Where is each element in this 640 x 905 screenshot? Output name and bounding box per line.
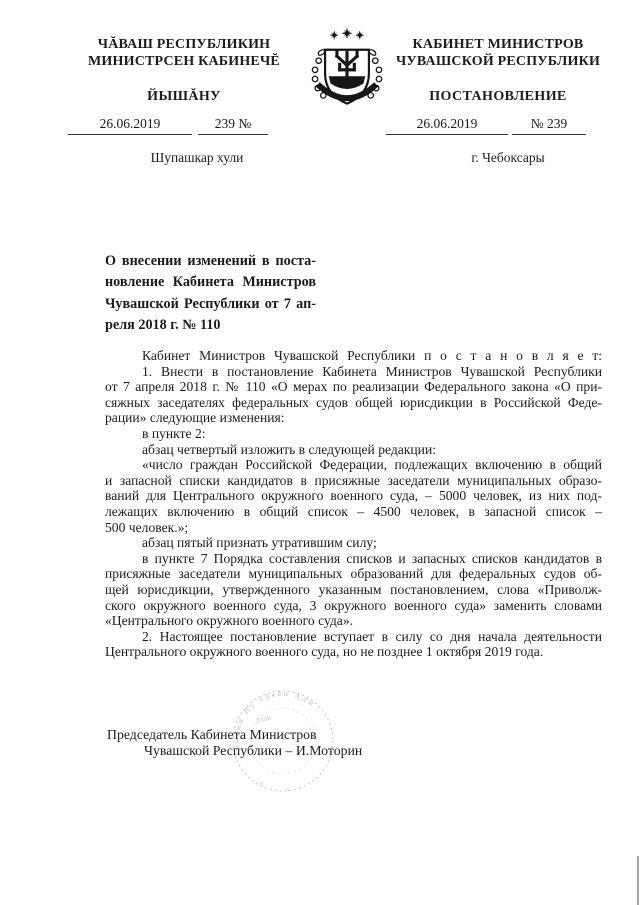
body-line: «число граждан Российской Федерации, под… <box>105 457 602 473</box>
doc-type-chuvash: ЙЫШĂНУ <box>60 89 308 105</box>
place-chuvash: Шупашкар хули <box>121 150 273 166</box>
number-field-chuvash: 239 № <box>198 116 268 135</box>
title-line: реля 2018 г. № 110 <box>105 315 316 336</box>
body-line: 500 человек.»; <box>105 520 602 536</box>
body-line: 1. Внести в постановление Кабинета Минис… <box>105 364 602 380</box>
date-field-russian: 26.06.2019 <box>386 116 508 135</box>
body-line: сяжных заседателях федеральных судов общ… <box>105 395 602 411</box>
body-line: от 7 апреля 2018 г. № 110 «О мерах по ре… <box>105 379 602 395</box>
body-line: в пункте 2: <box>105 426 602 442</box>
signature-line1: Председатель Кабинета Министров <box>107 727 362 743</box>
title-line: Чувашской Республики от 7 ап- <box>105 294 316 315</box>
title-line: О внесении изменений в поста- <box>105 251 316 272</box>
number-field-russian: № 239 <box>512 116 586 135</box>
org-name-chuvash-line1: ЧĂВАШ РЕСПУБЛИКИН <box>60 37 308 54</box>
org-name-russian: КАБИНЕТ МИНИСТРОВ ЧУВАШСКОЙ РЕСПУБЛИКИ <box>384 37 612 70</box>
document-title: О внесении изменений в поста-новление Ка… <box>105 251 316 336</box>
body-line: ваний для Центрального окружного военног… <box>105 488 602 504</box>
stamp-inner-text: Глав <box>255 713 272 725</box>
body-line: и запасной списки кандидатов в присяжные… <box>105 473 602 489</box>
body-line: Центрального окружного военного суда, но… <box>105 644 602 660</box>
body-line: присяжные заседатели муниципальных образ… <box>105 566 602 582</box>
body-line: щей юрисдикции, утвержденного указанным … <box>105 582 602 598</box>
body-line: абзац четвертый изложить в следующей ред… <box>105 442 602 458</box>
place-russian: г. Чебоксары <box>428 150 588 166</box>
title-line: новление Кабинета Министров <box>105 272 316 293</box>
body-line: «Центрального окружного военного суда». <box>105 613 602 629</box>
document-body: Кабинет Министров Чувашской Республики п… <box>105 348 602 660</box>
body-line: абзац пятый признать утратившим силу; <box>105 535 602 551</box>
body-line: ского окружного военного суда, 3 окружно… <box>105 598 602 614</box>
body-line: лежащих включению в общий список – 4500 … <box>105 504 602 520</box>
doc-type-russian: ПОСТАНОВЛЕНИЕ <box>384 89 612 105</box>
document-page: ЧĂВАШ РЕСПУБЛИКИН МИНИСТРСЕН КАБИНЕЧĔ ЙЫ… <box>0 0 640 905</box>
org-name-chuvash-line2: МИНИСТРСЕН КАБИНЕЧĔ <box>60 54 308 71</box>
svg-text:н с: н с <box>258 779 302 794</box>
scan-edge-artifact <box>637 856 639 905</box>
signature-line2: Чувашской Республики – И.Моторин <box>144 743 362 759</box>
signature-block: Председатель Кабинета Министров Чувашско… <box>107 727 362 759</box>
body-line: Кабинет Министров Чувашской Республики п… <box>105 348 602 364</box>
body-line: рации» следующие изменения: <box>105 410 602 426</box>
date-field-chuvash: 26.06.2019 <box>68 116 192 135</box>
org-name-chuvash: ЧĂВАШ РЕСПУБЛИКИН МИНИСТРСЕН КАБИНЕЧĔ <box>60 37 308 70</box>
body-line: в пункте 7 Порядка составления списков и… <box>105 551 602 567</box>
chuvashia-coat-of-arms-icon <box>303 26 391 110</box>
stamp-bottom-text: н с <box>258 779 302 794</box>
org-name-russian-line2: ЧУВАШСКОЙ РЕСПУБЛИКИ <box>384 54 612 71</box>
body-line: 2. Настоящее постановление вступает в си… <box>105 629 602 645</box>
org-name-russian-line1: КАБИНЕТ МИНИСТРОВ <box>384 37 612 54</box>
